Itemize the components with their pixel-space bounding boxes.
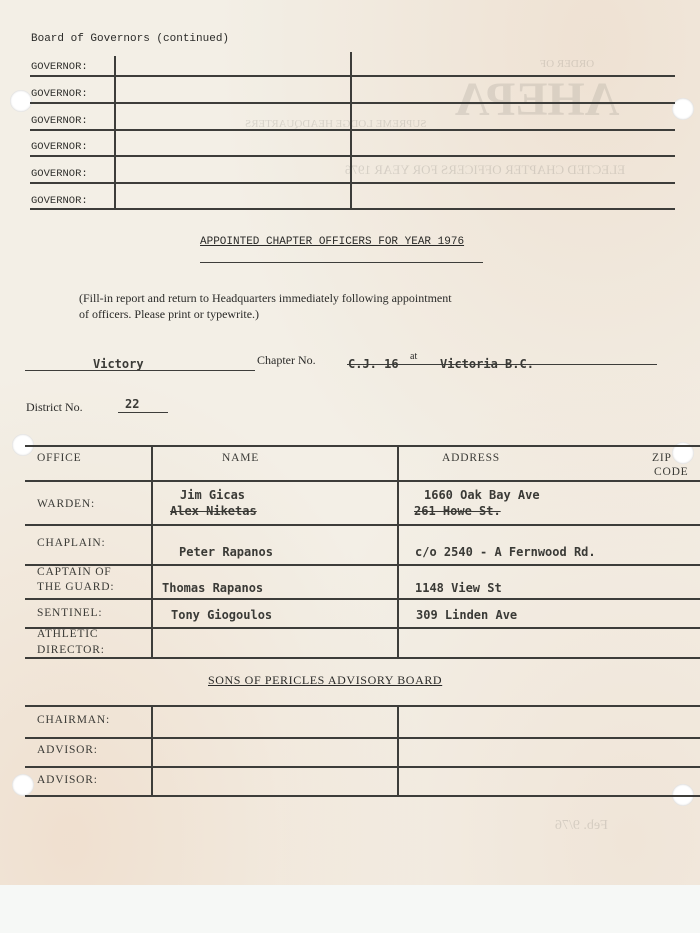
punch-hole <box>12 774 34 796</box>
bleed-date: Feb. 9/76 <box>555 818 608 834</box>
office-athletic-director-line2: DIRECTOR: <box>37 644 105 656</box>
instructions-line-2: of officers. Please print or typewrite.) <box>79 307 259 322</box>
office-captain-of-the-guard: CAPTAIN OF <box>37 566 112 578</box>
row-divider <box>25 524 700 526</box>
table-top-border <box>25 705 700 707</box>
governor-label: GOVERNOR: <box>31 88 88 100</box>
warden-name-struck: Alex Niketas <box>170 504 257 518</box>
table-bottom-border <box>25 795 700 797</box>
bleed-order-of: ORDER OF <box>540 58 594 70</box>
punch-hole <box>10 90 32 112</box>
table-bottom-border <box>25 657 700 659</box>
office-athletic-director: ATHLETIC <box>37 628 98 640</box>
table-column-divider <box>397 445 399 657</box>
office-sentinel: SENTINEL: <box>37 607 102 619</box>
row-divider <box>25 480 700 482</box>
chaplain-name: Peter Rapanos <box>179 545 273 559</box>
title-double-underline <box>200 262 483 263</box>
captain-name: Thomas Rapanos <box>162 581 263 595</box>
row-divider <box>30 182 675 184</box>
header-name: NAME <box>222 452 259 464</box>
chaplain-address: c/o 2540 - A Fernwood Rd. <box>415 545 596 559</box>
bleed-ahepa-logo: AHEPA <box>455 72 619 127</box>
table-column-divider <box>397 705 399 797</box>
sentinel-name: Tony Giogoulos <box>171 608 272 622</box>
scan-margin <box>0 885 700 933</box>
chapter-name-value: Victory <box>93 357 144 371</box>
governor-label: GOVERNOR: <box>31 115 88 127</box>
governor-label: GOVERNOR: <box>31 195 88 207</box>
warden-address-struck: 261 Howe St. <box>414 504 501 518</box>
header-office: OFFICE <box>37 452 81 464</box>
instructions-line-1: (Fill-in report and return to Headquarte… <box>79 291 452 306</box>
chapter-no-label: Chapter No. <box>257 353 316 368</box>
governor-label: GOVERNOR: <box>31 61 88 73</box>
table-column-divider <box>151 445 153 657</box>
row-divider <box>25 766 700 768</box>
district-underline <box>118 412 168 413</box>
office-captain-of-the-guard-line2: THE GUARD: <box>37 581 114 593</box>
at-label: at <box>410 351 417 362</box>
office-chaplain: CHAPLAIN: <box>37 537 106 549</box>
district-label: District No. <box>26 400 83 415</box>
header-zip-code: CODE <box>654 466 689 478</box>
row-divider <box>30 208 675 210</box>
office-warden: WARDEN: <box>37 498 95 510</box>
district-value: 22 <box>125 397 139 411</box>
table-top-border <box>25 445 700 447</box>
row-divider <box>25 564 700 566</box>
sons-of-pericles-title: SONS OF PERICLES ADVISORY BOARD <box>208 673 442 688</box>
row-divider <box>30 129 675 131</box>
chairman-label: CHAIRMAN: <box>37 714 110 726</box>
bleed-elected-title: ELECTED CHAPTER OFFICERS FOR YEAR 1976 <box>345 162 625 178</box>
row-divider <box>30 155 675 157</box>
advisor-label: ADVISOR: <box>37 774 98 786</box>
advisor-label: ADVISOR: <box>37 744 98 756</box>
punch-hole <box>672 98 694 120</box>
row-divider <box>25 598 700 600</box>
chapter-name-underline <box>25 370 255 371</box>
warden-address: 1660 Oak Bay Ave <box>424 488 540 502</box>
chapter-no-underline <box>347 364 657 365</box>
header-address: ADDRESS <box>442 452 500 464</box>
governor-label: GOVERNOR: <box>31 168 88 180</box>
governors-column-divider <box>114 56 116 208</box>
appointed-officers-title: APPOINTED CHAPTER OFFICERS FOR YEAR 1976 <box>200 236 464 248</box>
table-column-divider <box>151 705 153 795</box>
row-divider <box>30 75 675 77</box>
board-of-governors-heading: Board of Governors (continued) <box>31 33 229 45</box>
warden-name: Jim Gicas <box>180 488 245 502</box>
sentinel-address: 309 Linden Ave <box>416 608 517 622</box>
header-zip: ZIP <box>652 452 672 464</box>
captain-address: 1148 View St <box>415 581 502 595</box>
row-divider <box>30 102 675 104</box>
governor-label: GOVERNOR: <box>31 141 88 153</box>
row-divider <box>25 627 700 629</box>
row-divider <box>25 737 700 739</box>
